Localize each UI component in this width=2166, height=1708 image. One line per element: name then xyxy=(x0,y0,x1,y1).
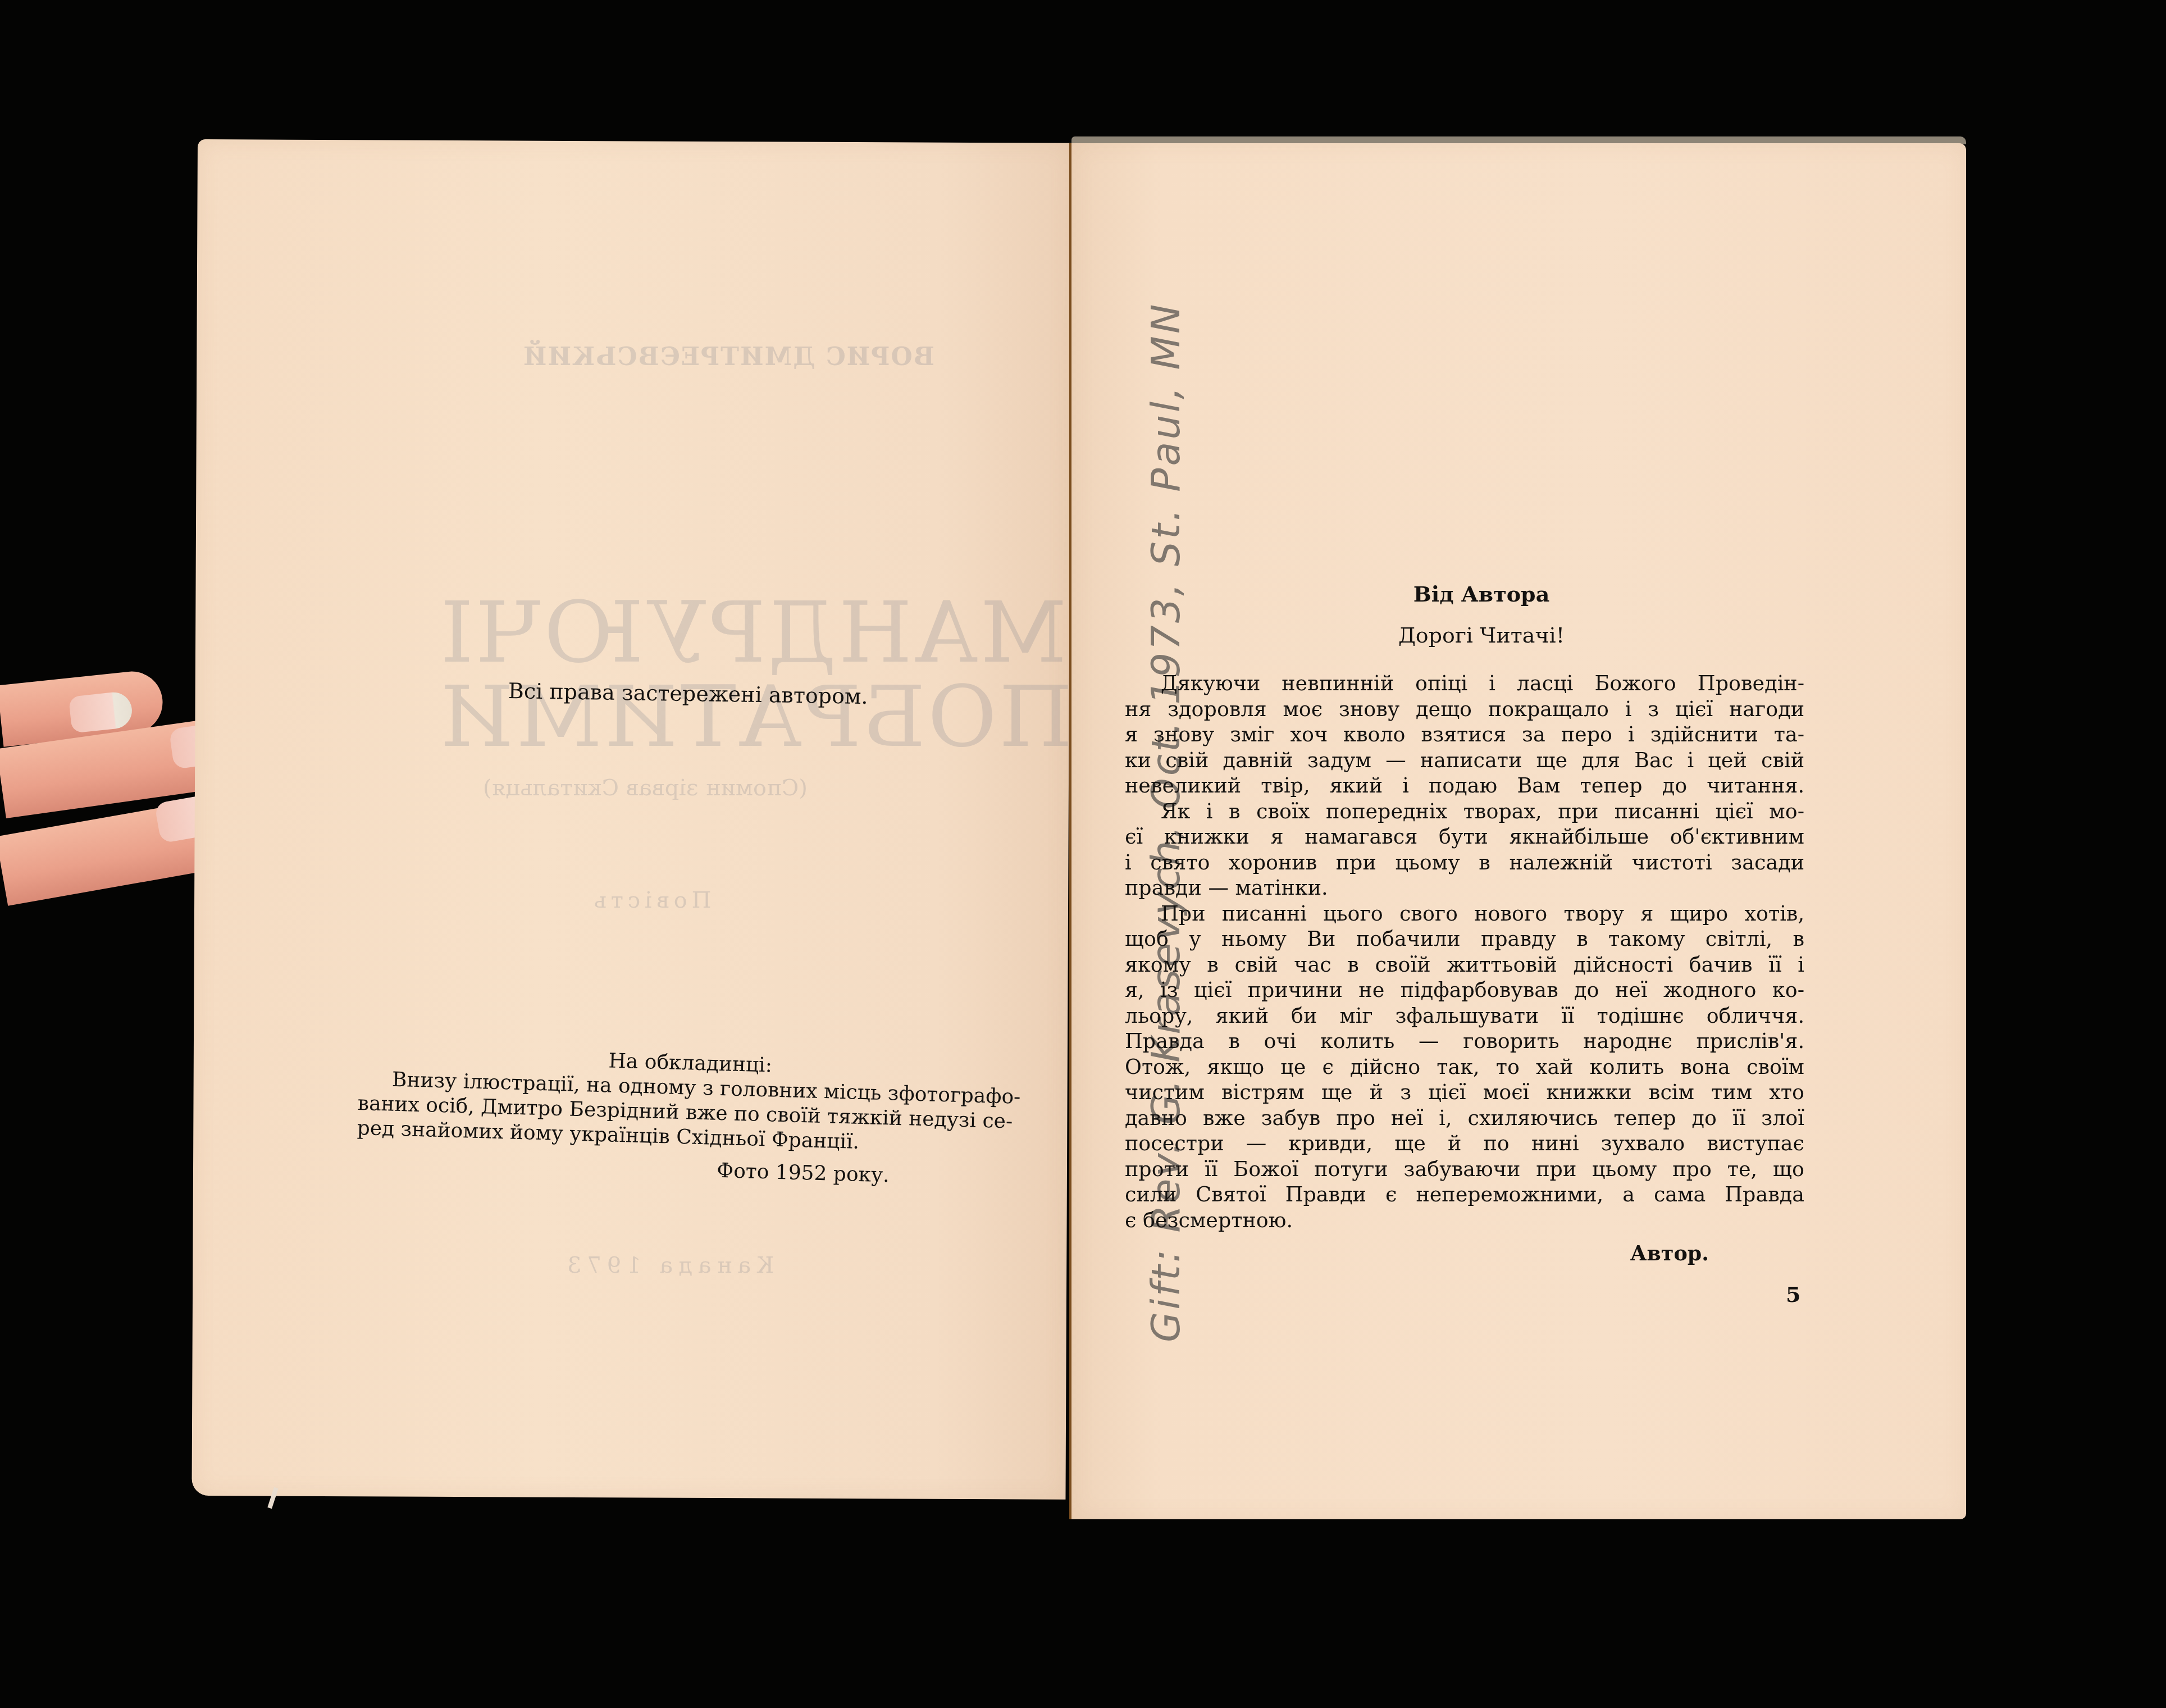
preface-signature: Автор. xyxy=(1125,1241,1804,1267)
show-through-genre: Повість xyxy=(590,887,712,913)
preface-line: правди — матінки. xyxy=(1125,875,1804,901)
preface-line: Правда в очі колить — говорить народнє п… xyxy=(1125,1028,1804,1054)
show-through-author: ВОРИС ДМИТРЕЄВСЬКИЙ xyxy=(522,343,934,371)
book-gutter xyxy=(1069,143,1071,1519)
preface-line: При писанні цього свого нового твору я щ… xyxy=(1125,901,1804,927)
preface-line: чистим вістрям ще й з цієї моєї книжки в… xyxy=(1125,1080,1804,1105)
cover-note: На обкладинці: Внизу ілюстрації, на одно… xyxy=(355,1042,954,1190)
preface-greeting: Дорогі Читачі! xyxy=(1125,623,1804,649)
show-through-title-line1: МАНДРУЮЧІ xyxy=(438,584,1066,682)
preface-line: ки свій давній задум — написати ще для В… xyxy=(1125,748,1804,773)
preface-line: проти її Божої потуги забуваючи при цьом… xyxy=(1125,1156,1804,1182)
preface-line: сили Святої Правди є непереможними, а са… xyxy=(1125,1182,1804,1208)
preface-line: є безсмертною. xyxy=(1125,1208,1804,1233)
preface-line: Дякуючи невпинній опіці і ласці Божого П… xyxy=(1125,671,1804,696)
preface-line: я, із цієї причини не підфарбовував до н… xyxy=(1125,977,1804,1003)
preface-title: Від Автора xyxy=(1125,581,1804,607)
preface-line: Як і в своїх попередніх творах, при писа… xyxy=(1125,799,1804,825)
preface-line: ня здоровля моє знову дещо покращало і з… xyxy=(1125,696,1804,722)
preface: Від Автора Дорогі Читачі! Дякуючи невпин… xyxy=(1125,581,1804,1267)
preface-line: якому в свій час в своїй життьовій дійсн… xyxy=(1125,952,1804,978)
show-through-place-year: Канада 1973 xyxy=(562,1252,774,1278)
preface-line: давно вже забув про неї і, схиляючись те… xyxy=(1125,1105,1804,1131)
preface-line: я знову зміг хоч кволо взятися за перо і… xyxy=(1125,722,1804,748)
preface-line: щоб у ньому Ви побачили правду в такому … xyxy=(1125,926,1804,952)
preface-line: посестри — кривди, ще й по нині зухвало … xyxy=(1125,1131,1804,1156)
preface-line: і свято хоронив при цьому в належній чис… xyxy=(1125,850,1804,876)
preface-line: невеликий твір, який і подаю Вам тепер д… xyxy=(1125,773,1804,799)
page-number: 5 xyxy=(1786,1282,1800,1307)
show-through-subtitle: (Спомин зірвав Скитальця) xyxy=(483,775,808,801)
preface-line: Отож, якщо це є дійсно так, то хай колит… xyxy=(1125,1054,1804,1080)
preface-line: льору, який би міг зфальшувати її тодішн… xyxy=(1125,1003,1804,1029)
preface-line: єї книжки я намагався бути якнайбільше о… xyxy=(1125,824,1804,850)
